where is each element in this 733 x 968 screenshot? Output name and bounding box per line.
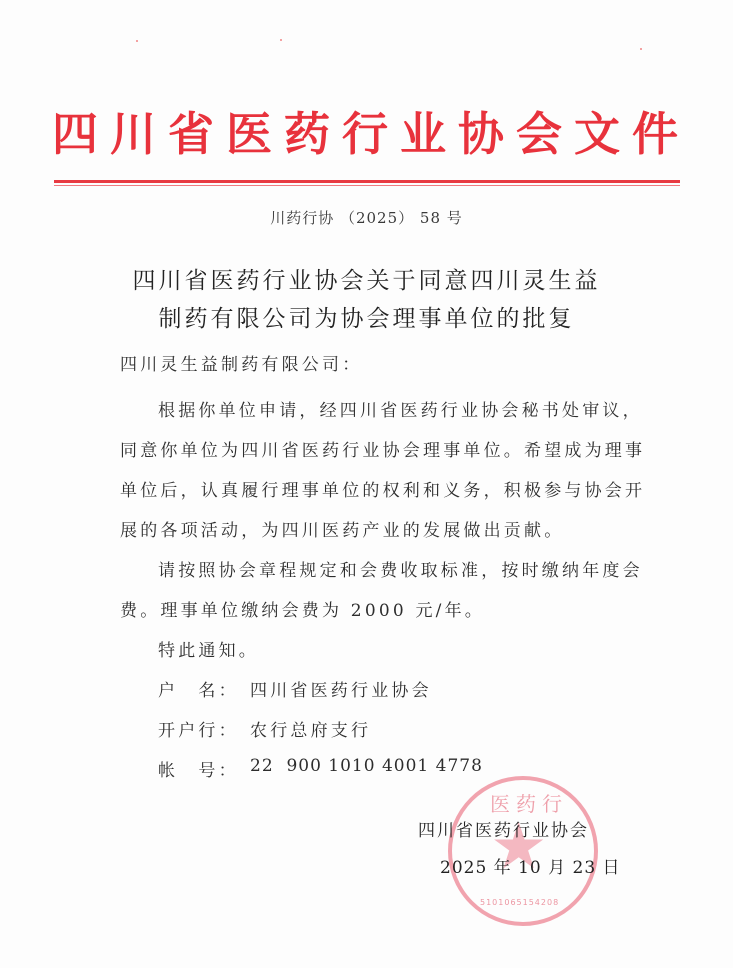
document-title-line-2: 制药有限公司为协会理事单位的批复	[0, 300, 733, 333]
bank-account-name-label: 户 名：	[158, 676, 239, 701]
header-divider-thick	[54, 180, 680, 183]
paragraph-1-line-1: 根据你单位申请，经四川省医药行业协会秘书处审议，	[158, 396, 643, 421]
document-number: 川药行协 （2025） 58 号	[0, 207, 733, 228]
paragraph-1-line-4: 展的各项活动，为四川医药产业的发展做出贡献。	[120, 516, 564, 541]
paragraph-1-line-3: 单位后，认真履行理事单位的权利和义务，积极参与协会开	[120, 476, 645, 501]
document-header-title: 四川省医药行业协会文件	[52, 108, 692, 160]
seal-code: 5101065154208	[480, 898, 559, 907]
salutation: 四川灵生益制药有限公司：	[120, 350, 362, 375]
bank-account-name-value: 四川省医药行业协会	[250, 676, 432, 701]
paragraph-1-line-2: 同意你单位为四川省医药行业协会理事单位。希望成为理事	[120, 436, 645, 461]
header-divider-thin	[54, 185, 680, 186]
bank-account-number-value: 22 900 1010 4001 4778	[250, 756, 483, 776]
signature-date: 2025 年 10 月 23 日	[440, 853, 621, 878]
bank-account-number-label: 帐 号：	[158, 756, 239, 781]
document-title-line-1: 四川省医药行业协会关于同意四川灵生益	[0, 262, 733, 295]
paragraph-2-line-2: 费。理事单位缴纳会费为 2000 元/年。	[120, 596, 485, 621]
scan-speck	[640, 48, 642, 50]
signature-organization: 四川省医药行业协会	[418, 816, 589, 841]
paragraph-2-line-1: 请按照协会章程规定和会费收取标准，按时缴纳年度会	[158, 556, 643, 581]
closing-notice: 特此通知。	[158, 636, 259, 661]
bank-name-value: 农行总府支行	[250, 716, 371, 741]
scan-speck	[136, 40, 138, 42]
official-seal-stamp: 医药行 ★ 5101065154208	[448, 776, 598, 926]
scan-speck	[280, 39, 282, 41]
bank-name-label: 开户行：	[158, 716, 239, 741]
